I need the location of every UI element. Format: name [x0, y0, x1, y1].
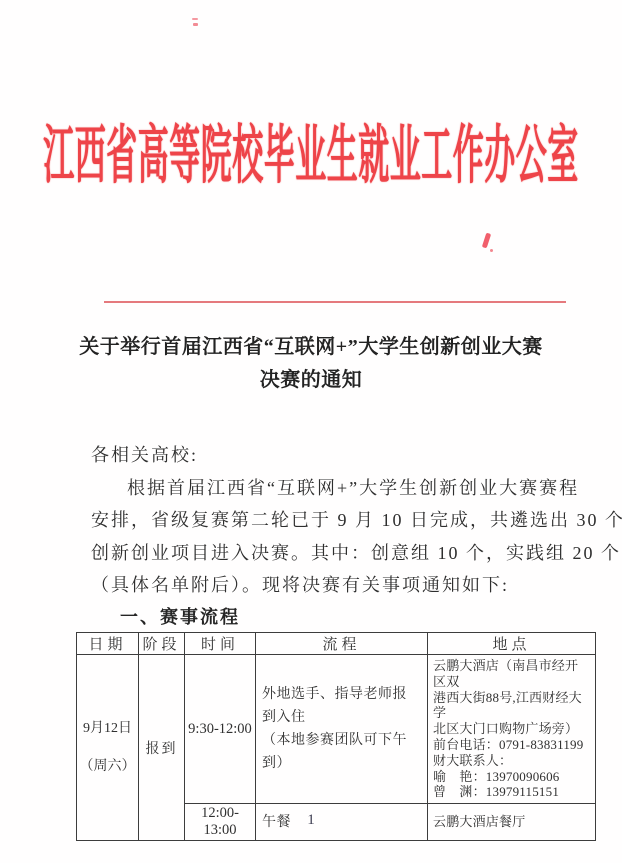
letterhead-masthead: 江西省高等院校毕业生就业工作办公室	[0, 103, 622, 148]
document-title-line2: 决赛的通知	[0, 363, 622, 392]
document-title-line1: 关于举行首届江西省“互联网+”大学生创新创业大赛	[0, 330, 622, 359]
scan-speck	[192, 18, 198, 20]
column-header-location: 地点	[428, 633, 596, 655]
agency-name: 江西省高等院校毕业生就业工作办公室	[43, 103, 579, 195]
body-line: 创新创业项目进入决赛。其中：创意组 10 个，实践组 20 个	[91, 537, 565, 570]
table-header-row: 日期 阶段 时间 流程 地点	[77, 633, 596, 655]
schedule-table: 日期 阶段 时间 流程 地点 9月12日 （周六） 报到 9:30-12:00 …	[76, 632, 596, 841]
scanned-notice-page: 江西省高等院校毕业生就业工作办公室 关于举行首届江西省“互联网+”大学生创新创业…	[0, 0, 622, 863]
column-header-time: 时间	[185, 633, 256, 655]
column-header-date: 日期	[77, 633, 139, 655]
column-header-stage: 阶段	[139, 633, 185, 655]
salutation: 各相关高校:	[91, 439, 565, 472]
cell-time: 9:30-12:00	[185, 655, 256, 804]
table-row: 9月12日 （周六） 报到 9:30-12:00 外地选手、指导老师报到入住 （…	[77, 655, 596, 804]
red-ink-smudge	[482, 233, 491, 249]
cell-process: 外地选手、指导老师报到入住 （本地参赛团队可下午到）	[256, 655, 428, 804]
body-line: 安排，省级复赛第二轮已于 9 月 10 日完成，共遴选出 30 个	[91, 504, 565, 537]
scan-speck	[193, 23, 198, 26]
column-header-process: 流程	[256, 633, 428, 655]
cell-location: 云鹏大酒店（南昌市经开区双 港西大街88号,江西财经大学 北区大门口购物广场旁）…	[428, 655, 596, 804]
section-heading-schedule: 一、赛事流程	[120, 603, 240, 629]
notice-body: 各相关高校: 根据首届江西省“互联网+”大学生创新创业大赛赛程 安排，省级复赛第…	[91, 439, 565, 602]
body-line: （具体名单附后）。现将决赛有关事项通知如下:	[91, 569, 565, 602]
body-line: 根据首届江西省“互联网+”大学生创新创业大赛赛程	[91, 472, 565, 505]
red-ink-dot	[490, 249, 493, 252]
red-divider-line	[104, 301, 566, 303]
page-number: 1	[0, 812, 622, 829]
